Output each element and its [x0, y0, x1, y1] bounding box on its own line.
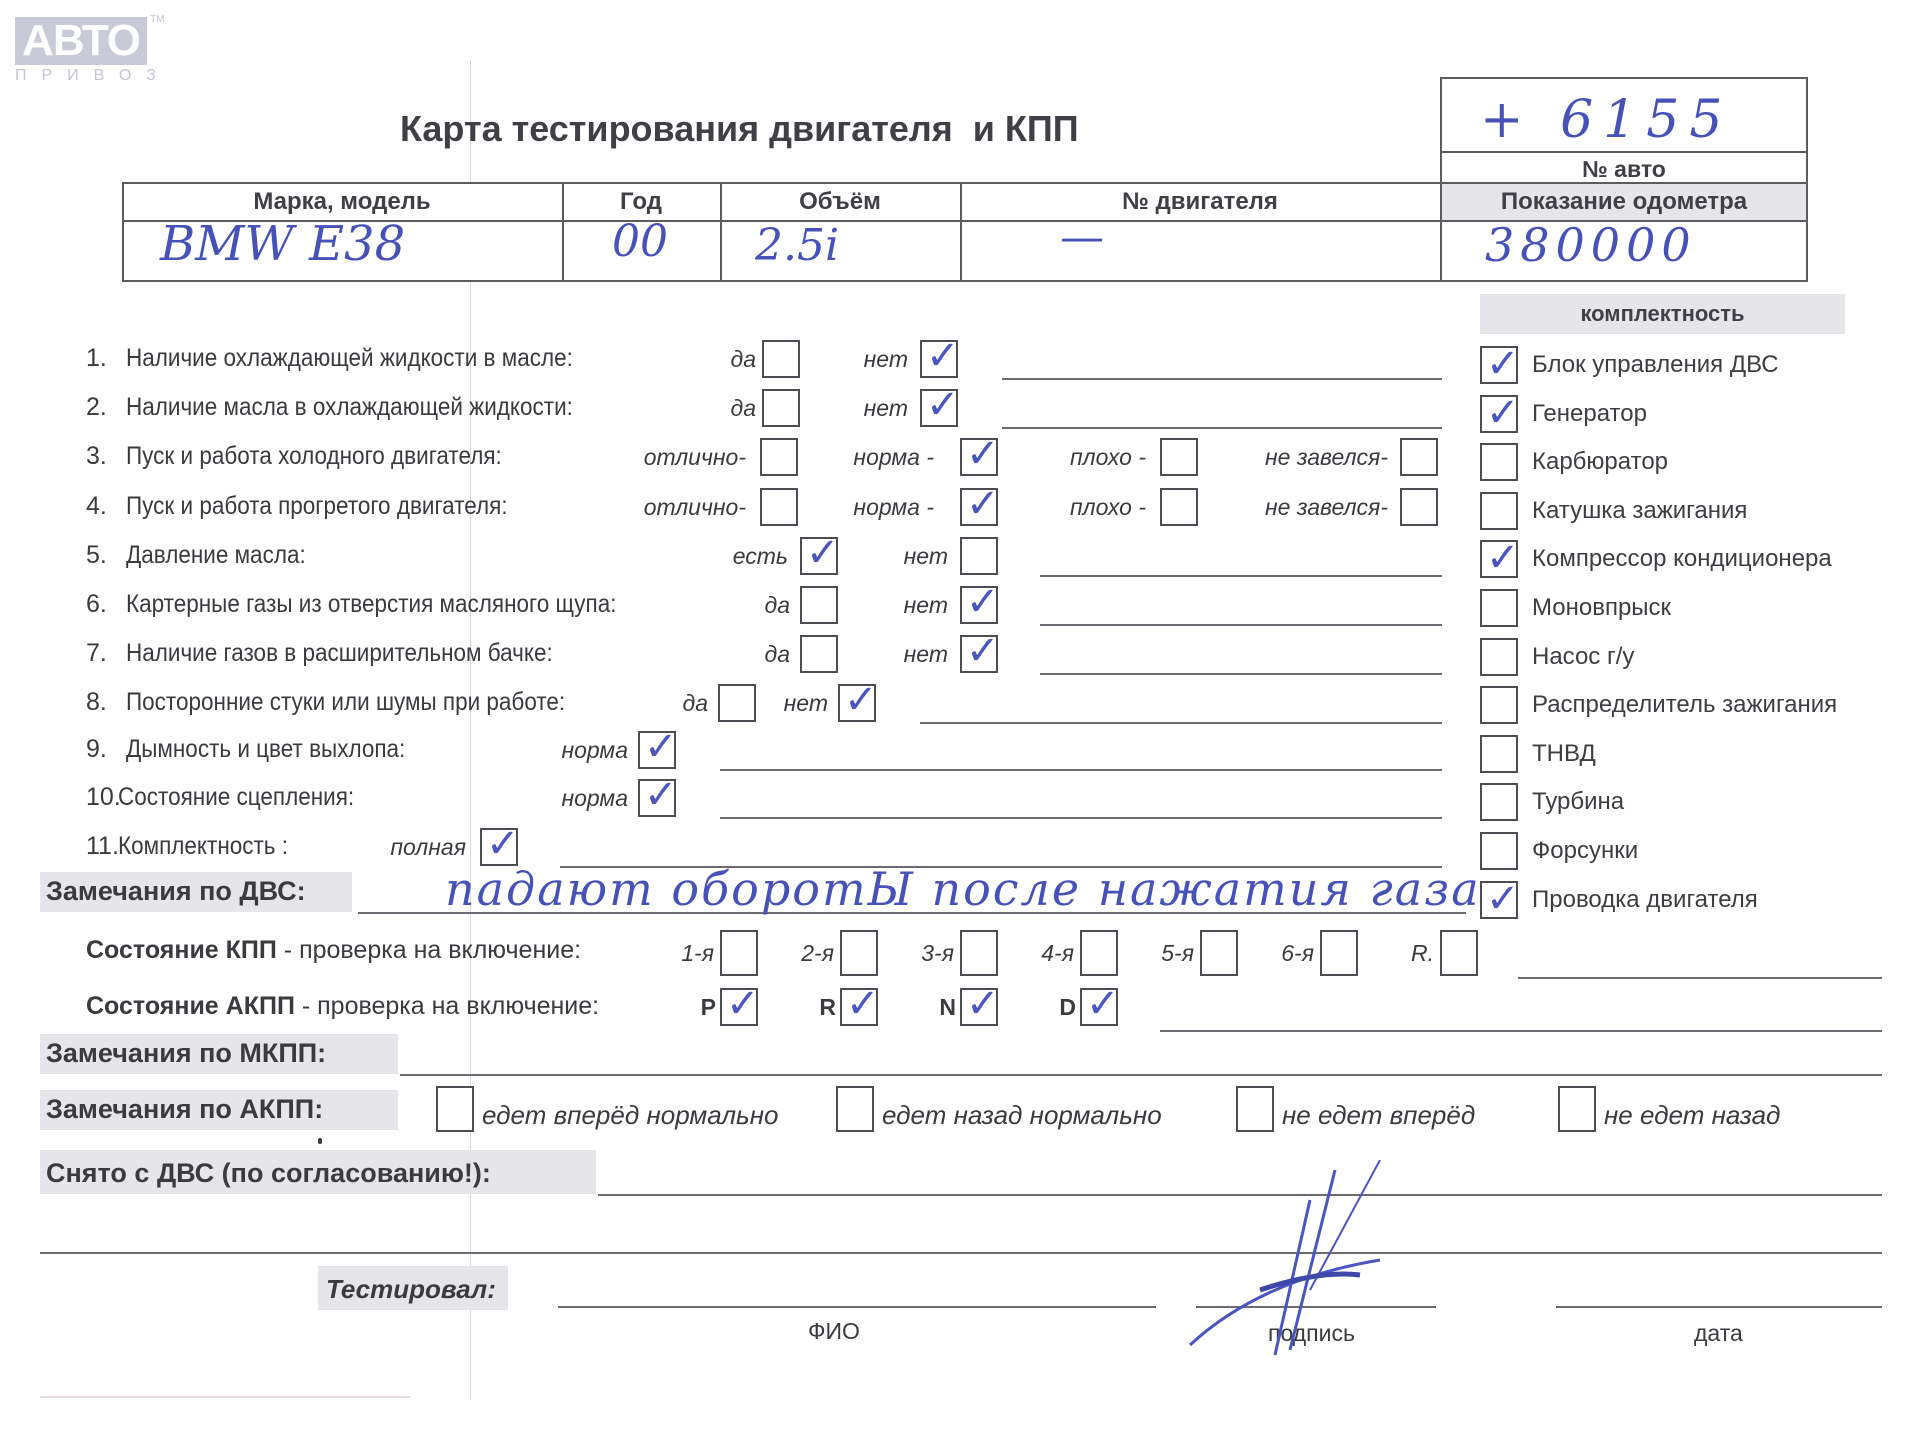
volume-value[interactable]: 2.5i: [755, 220, 839, 271]
extra-line[interactable]: [40, 1252, 1882, 1254]
remarks-akpp-label: Замечания по АКПП:: [46, 1094, 323, 1125]
gear-checkbox[interactable]: [1320, 930, 1358, 976]
header-make-model: Марка, модель: [122, 184, 562, 220]
option-checkbox[interactable]: [762, 340, 800, 378]
remarks-dvs-value[interactable]: падают оборотЫ после нажатия газа: [445, 862, 1481, 916]
kpp-label-rest: - проверка на включение:: [277, 936, 581, 964]
option-label: да: [730, 346, 756, 373]
option-label: да: [682, 690, 708, 717]
check-mark-icon: ✓: [926, 340, 960, 372]
option-checkbox[interactable]: ✓: [838, 684, 876, 722]
komplektnost-checkbox[interactable]: ✓: [1480, 881, 1518, 919]
check-mark-icon: ✓: [966, 635, 1000, 667]
remarks-dvs-label: Замечания по ДВС:: [46, 876, 306, 907]
akpp-mode-checkbox[interactable]: ✓: [1080, 988, 1118, 1026]
option-checkbox[interactable]: ✓: [960, 488, 998, 526]
date-label: дата: [1694, 1320, 1743, 1347]
question-notes-line[interactable]: [720, 817, 1442, 819]
gear-label: 2-я: [801, 940, 834, 967]
header-odometer: Показание одометра: [1440, 184, 1808, 220]
question-text: Посторонние стуки или шумы при работе:: [126, 688, 565, 717]
komplektnost-item-label: ТНВД: [1532, 740, 1596, 768]
option-checkbox[interactable]: [1160, 488, 1198, 526]
option-label: да: [730, 395, 756, 422]
date-line[interactable]: [1556, 1306, 1882, 1308]
akpp-mode-label: P: [701, 994, 716, 1021]
option-label: да: [764, 641, 790, 668]
scan-artifact-bottom: [40, 1396, 410, 1398]
gear-label: 4-я: [1041, 940, 1074, 967]
option-label: нет: [864, 346, 908, 373]
question-notes-line[interactable]: [1040, 673, 1442, 675]
akpp-remark-label: едет вперёд нормально: [482, 1100, 778, 1131]
option-label: нет: [904, 543, 948, 570]
option-label: полная: [390, 834, 466, 861]
check-mark-icon: ✓: [1086, 988, 1120, 1020]
kpp-line: [1518, 977, 1882, 979]
komplektnost-item-label: Компрессор кондиционера: [1532, 545, 1832, 573]
header-volume: Объём: [720, 184, 960, 220]
option-checkbox[interactable]: ✓: [920, 389, 958, 427]
option-label: не завелся-: [1265, 494, 1388, 521]
question-notes-line[interactable]: [1002, 427, 1442, 429]
option-checkbox[interactable]: [800, 635, 838, 673]
question-number: 8.: [86, 688, 107, 717]
option-checkbox[interactable]: ✓: [638, 779, 676, 817]
akpp-remark-checkbox[interactable]: [836, 1086, 874, 1132]
question-number: 3.: [86, 442, 107, 471]
engine-number-value[interactable]: —: [1060, 212, 1104, 263]
option-label: нет: [864, 395, 908, 422]
option-checkbox[interactable]: [960, 537, 998, 575]
komplektnost-item-label: Форсунки: [1532, 837, 1638, 865]
gear-checkbox[interactable]: [1440, 930, 1478, 976]
tested-by-label: Тестировал:: [326, 1274, 496, 1305]
option-checkbox[interactable]: ✓: [920, 340, 958, 378]
page-title: Карта тестирования двигателя и КПП: [400, 108, 1079, 150]
question-notes-line[interactable]: [920, 722, 1442, 724]
akpp-mode-label: N: [939, 994, 956, 1021]
option-label: нет: [784, 690, 828, 717]
komplektnost-item-label: Генератор: [1532, 400, 1647, 428]
option-label: норма -: [853, 444, 934, 471]
gear-label: 5-я: [1161, 940, 1194, 967]
logo-tm: TM: [150, 14, 164, 25]
option-checkbox[interactable]: ✓: [960, 438, 998, 476]
option-checkbox[interactable]: [762, 389, 800, 427]
akpp-remark-label: не едет вперёд: [1282, 1100, 1475, 1131]
question-text: Состояние сцепления:: [118, 783, 354, 812]
komplektnost-checkbox[interactable]: [1480, 589, 1518, 627]
check-mark-icon: ✓: [966, 586, 1000, 618]
kpp-label: Состояние КПП - проверка на включение:: [86, 936, 581, 965]
komplektnost-item-label: Распределитель зажигания: [1532, 691, 1837, 719]
removed-label: Снято с ДВС (по согласованию!):: [46, 1158, 491, 1189]
akpp-remark-checkbox[interactable]: [1236, 1086, 1274, 1132]
komplektnost-checkbox[interactable]: [1480, 492, 1518, 530]
header-engine-number: № двигателя: [960, 184, 1440, 220]
akpp-mode-checkbox[interactable]: ✓: [960, 988, 998, 1026]
question-number: 9.: [86, 735, 107, 764]
komplektnost-checkbox[interactable]: [1480, 686, 1518, 724]
logo: АВТО: [15, 17, 147, 65]
komplektnost-checkbox[interactable]: [1480, 783, 1518, 821]
question-text: Пуск и работа холодного двигателя:: [126, 442, 502, 471]
question-text: Наличие охлаждающей жидкости в масле:: [126, 344, 573, 373]
make-model-value[interactable]: BMW E38: [160, 216, 405, 272]
akpp-line: [1160, 1030, 1882, 1032]
signature-scribble: [1180, 1160, 1460, 1360]
option-label: плохо -: [1070, 444, 1146, 471]
question-text: Давление масла:: [126, 541, 306, 570]
check-mark-icon: ✓: [644, 779, 678, 811]
question-number: 1.: [86, 344, 107, 373]
option-checkbox[interactable]: [1400, 438, 1438, 476]
komplektnost-item-label: Проводка двигателя: [1532, 886, 1758, 914]
option-checkbox[interactable]: ✓: [960, 586, 998, 624]
header-year: Год: [562, 184, 720, 220]
akpp-remark-label: не едет назад: [1604, 1100, 1780, 1131]
option-checkbox[interactable]: [760, 488, 798, 526]
question-notes-line[interactable]: [1002, 378, 1442, 380]
option-checkbox[interactable]: [718, 684, 756, 722]
komplektnost-checkbox[interactable]: ✓: [1480, 540, 1518, 578]
question-text: Комплектность :: [118, 832, 288, 861]
komplektnost-item-label: Катушка зажигания: [1532, 497, 1747, 525]
option-label: есть: [733, 543, 788, 570]
question-notes-line[interactable]: [1040, 624, 1442, 626]
gear-label: 3-я: [921, 940, 954, 967]
option-checkbox[interactable]: [1400, 488, 1438, 526]
komplektnost-checkbox[interactable]: [1480, 638, 1518, 676]
odometer-value[interactable]: 380000: [1485, 218, 1697, 272]
check-mark-icon: ✓: [926, 389, 960, 421]
akpp-label-bold: Состояние АКПП: [86, 992, 295, 1020]
option-label: нет: [904, 592, 948, 619]
stray-dot: [318, 1138, 322, 1144]
akpp-remark-label: едет назад нормально: [882, 1100, 1162, 1131]
question-text: Пуск и работа прогретого двигателя:: [126, 492, 508, 521]
remarks-mkpp-label: Замечания по МКПП:: [46, 1038, 326, 1069]
option-label: плохо -: [1070, 494, 1146, 521]
check-mark-icon: ✓: [966, 438, 1000, 470]
question-number: 10.: [86, 783, 121, 812]
gear-checkbox[interactable]: [840, 930, 878, 976]
check-mark-icon: ✓: [1486, 397, 1520, 429]
fio-line[interactable]: [558, 1306, 1156, 1308]
check-mark-icon: ✓: [1486, 542, 1520, 574]
gear-checkbox[interactable]: [720, 930, 758, 976]
check-mark-icon: ✓: [844, 684, 878, 716]
logo-subtitle: ПРИВОЗ: [15, 67, 171, 85]
gear-checkbox[interactable]: [1200, 930, 1238, 976]
question-notes-line[interactable]: [720, 769, 1442, 771]
option-label: норма -: [853, 494, 934, 521]
option-label: не завелся-: [1265, 444, 1388, 471]
kpp-label-bold: Состояние КПП: [86, 936, 277, 964]
komplektnost-checkbox[interactable]: [1480, 443, 1518, 481]
akpp-remark-checkbox[interactable]: [436, 1086, 474, 1132]
option-label: нет: [904, 641, 948, 668]
question-number: 7.: [86, 639, 107, 668]
komplektnost-item-label: Насос г/у: [1532, 643, 1634, 671]
option-checkbox[interactable]: [760, 438, 798, 476]
option-label: норма: [561, 737, 628, 764]
komplektnost-checkbox[interactable]: [1480, 735, 1518, 773]
check-mark-icon: ✓: [726, 988, 760, 1020]
question-number: 11.: [86, 832, 119, 861]
option-label: да: [764, 592, 790, 619]
option-label: отлично-: [644, 494, 746, 521]
gear-label: 6-я: [1281, 940, 1314, 967]
option-checkbox[interactable]: ✓: [480, 828, 518, 866]
question-text: Дымность и цвет выхлопа:: [126, 735, 405, 764]
option-checkbox[interactable]: [800, 586, 838, 624]
option-checkbox[interactable]: [1160, 438, 1198, 476]
remarks-mkpp-line[interactable]: [400, 1074, 1882, 1076]
question-number: 4.: [86, 492, 107, 521]
fio-label: ФИО: [808, 1318, 860, 1345]
check-mark-icon: ✓: [846, 988, 880, 1020]
question-text: Картерные газы из отверстия масляного щу…: [126, 590, 616, 619]
komplektnost-item-label: Блок управления ДВС: [1532, 351, 1779, 379]
check-mark-icon: ✓: [644, 731, 678, 763]
option-checkbox[interactable]: ✓: [638, 731, 676, 769]
check-mark-icon: ✓: [966, 988, 1000, 1020]
check-mark-icon: ✓: [966, 488, 1000, 520]
question-text: Наличие масла в охлаждающей жидкости:: [126, 393, 573, 422]
komplektnost-item-label: Турбина: [1532, 788, 1624, 816]
komplektnost-checkbox[interactable]: ✓: [1480, 395, 1518, 433]
question-number: 2.: [86, 393, 107, 422]
car-number-value[interactable]: + 6155: [1480, 90, 1732, 150]
question-notes-line[interactable]: [1040, 575, 1442, 577]
check-mark-icon: ✓: [486, 828, 520, 860]
akpp-mode-label: D: [1059, 994, 1076, 1021]
akpp-mode-checkbox[interactable]: ✓: [720, 988, 758, 1026]
option-label: норма: [561, 785, 628, 812]
komplektnost-item-label: Карбюратор: [1532, 448, 1668, 476]
question-number: 5.: [86, 541, 107, 570]
gear-label: R.: [1411, 940, 1434, 967]
akpp-mode-checkbox[interactable]: ✓: [840, 988, 878, 1026]
gear-checkbox[interactable]: [1080, 930, 1118, 976]
check-mark-icon: ✓: [806, 537, 840, 569]
check-mark-icon: ✓: [1486, 348, 1520, 380]
option-checkbox[interactable]: ✓: [960, 635, 998, 673]
komplektnost-item-label: Моновпрыск: [1532, 594, 1671, 622]
akpp-mode-label: R: [819, 994, 836, 1021]
komplektnost-checkbox[interactable]: [1480, 832, 1518, 870]
car-number-label: № авто: [1440, 153, 1808, 185]
question-text: Наличие газов в расширительном бачке:: [126, 639, 553, 668]
gear-checkbox[interactable]: [960, 930, 998, 976]
question-number: 6.: [86, 590, 107, 619]
akpp-label: Состояние АКПП - проверка на включение:: [86, 992, 599, 1021]
komplektnost-title: комплектность: [1480, 294, 1845, 334]
akpp-remark-checkbox[interactable]: [1558, 1086, 1596, 1132]
komplektnost-checkbox[interactable]: ✓: [1480, 346, 1518, 384]
gear-label: 1-я: [681, 940, 714, 967]
check-mark-icon: ✓: [1486, 883, 1520, 915]
year-value[interactable]: 00: [612, 216, 668, 267]
option-label: отлично-: [644, 444, 746, 471]
akpp-label-rest: - проверка на включение:: [295, 992, 599, 1020]
option-checkbox[interactable]: ✓: [800, 537, 838, 575]
